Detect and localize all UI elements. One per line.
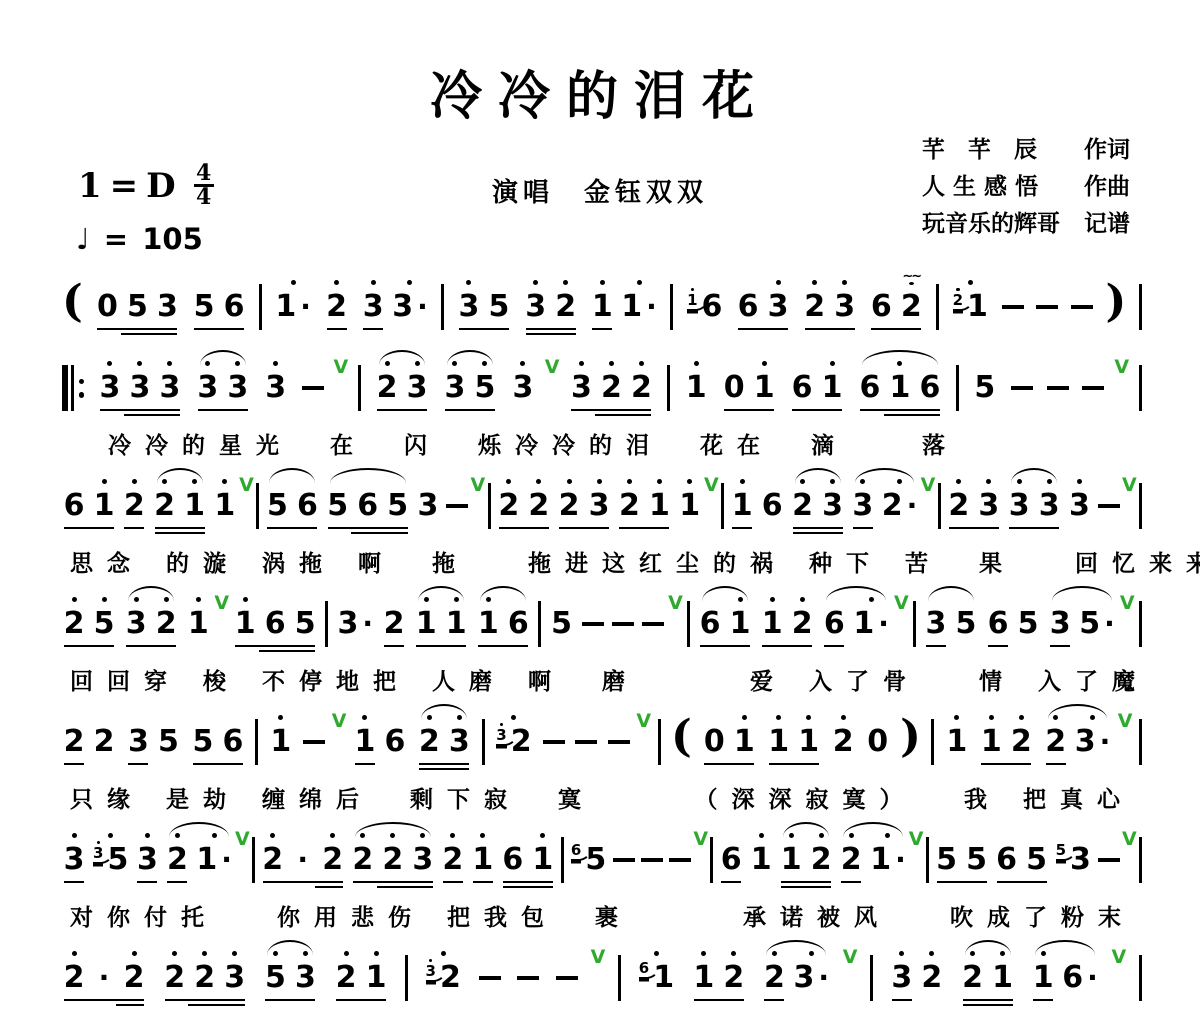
note-digit-zone: 1 xyxy=(679,487,700,525)
note-digit-zone: 2 xyxy=(921,959,942,997)
song-title: 冷冷的泪花 xyxy=(0,54,1200,129)
note-digit: 1 xyxy=(679,491,700,521)
note-digit: 3 xyxy=(412,845,433,875)
note-group: 61 xyxy=(790,353,844,419)
beam-underline xyxy=(781,886,831,889)
note-digit-zone: 1 xyxy=(188,605,209,643)
barline xyxy=(913,601,916,647)
note: 3 xyxy=(63,825,85,891)
beam-underline xyxy=(871,328,921,331)
note-upper-zone xyxy=(989,707,994,723)
note-digit: 1 xyxy=(686,373,707,403)
note-digit-zone: 1 xyxy=(1033,959,1054,997)
note-digit-zone: 6 xyxy=(384,723,405,761)
note-upper-zone xyxy=(579,353,584,369)
note-digit: 5 xyxy=(192,727,213,757)
octave-dot-icon xyxy=(374,951,379,956)
note-group: 35 xyxy=(457,272,511,338)
note-group: 16 xyxy=(353,707,407,773)
lyrics-line: 只缘 是劫 缠绵后 剩下寂 寞 （深深寂寞） 我 把真心 xyxy=(62,781,1142,814)
note-digit: 1 xyxy=(446,609,467,639)
grace-note: 5 xyxy=(1056,843,1066,859)
lyrics-line: 回回穿 梭 不停地把 人磨 啊 磨 爱 入了骨 情 入了魔 xyxy=(62,663,1142,696)
note-digit: 2 xyxy=(419,727,440,757)
beam-underline xyxy=(198,409,248,412)
note-digit-zone: 6 xyxy=(996,841,1017,879)
barline xyxy=(618,955,621,1001)
note: 3 xyxy=(362,272,384,338)
note-digit-zone: 3 xyxy=(126,605,147,643)
note-digit: 3 xyxy=(64,845,85,875)
note-digit: 1 xyxy=(992,963,1013,993)
barline xyxy=(1139,365,1142,411)
note-digit-zone: 2 xyxy=(262,841,283,879)
note-digit-zone: 3 xyxy=(129,369,150,407)
note-upper-zone xyxy=(701,943,706,959)
dash-continuation xyxy=(1002,272,1024,338)
note-digit: 3 xyxy=(822,491,843,521)
note-digit-zone: 5 xyxy=(265,959,286,997)
notation-line: 2·2223532132V611223·V322116·V xyxy=(62,943,1142,1013)
note: 3· xyxy=(392,272,428,338)
note-upper-zone xyxy=(466,272,471,288)
note-digit: 3 xyxy=(126,609,147,639)
credit-name: 芊 芊 辰 xyxy=(922,131,1074,168)
note-digit: 2 xyxy=(619,491,640,521)
beam-underline xyxy=(459,328,509,331)
note-digit-zone: 2 xyxy=(1045,723,1066,761)
note-group: 32 xyxy=(524,272,578,338)
duration-underline xyxy=(853,527,873,530)
note-digit: 2 xyxy=(1011,727,1032,757)
note-digit: 5 xyxy=(966,845,987,875)
note-group: 56 xyxy=(191,707,245,773)
note-digit-zone: 3 xyxy=(449,723,470,761)
mordent-icon: ∼∼ xyxy=(902,272,920,281)
duration-underline xyxy=(592,328,612,331)
note-digit-zone: 2 xyxy=(326,288,347,326)
beam-underline xyxy=(64,999,144,1002)
dash-bar xyxy=(517,976,539,980)
note-digit: 6 xyxy=(996,845,1017,875)
dash-continuation xyxy=(1098,471,1120,537)
barline xyxy=(405,955,408,1001)
duration-underline xyxy=(473,881,493,884)
barline xyxy=(1139,284,1142,330)
note-group: 32 xyxy=(495,707,532,773)
repeat-dots xyxy=(79,365,85,411)
note-digit: 3 xyxy=(265,373,286,403)
barline xyxy=(482,719,485,765)
note-group: 21 xyxy=(153,471,207,537)
note-digit: 5 xyxy=(158,727,179,757)
repeat-thin-bar xyxy=(71,365,74,411)
credit-role: 作曲 xyxy=(1084,168,1130,205)
note: 2 xyxy=(442,825,464,891)
note-group: 35 xyxy=(126,707,180,773)
note-digit-zone: 2 xyxy=(559,487,580,525)
beam-underline xyxy=(694,999,744,1002)
dash-bar xyxy=(446,504,468,508)
beam-underline xyxy=(419,763,469,766)
dash-bar xyxy=(1071,305,1093,309)
note: 2 xyxy=(63,707,85,773)
note-digit-zone: 2 xyxy=(555,288,576,326)
beam-underline xyxy=(235,645,315,648)
music-system-7: 2·2223532132V611223·V322116·V xyxy=(62,943,1142,1013)
note-upper-zone xyxy=(563,272,568,288)
note-digit: 3 xyxy=(137,845,158,875)
note-group: 61 xyxy=(501,825,555,891)
note-digit-zone: 3 xyxy=(834,288,855,326)
note-digit-zone: 1 xyxy=(768,723,789,761)
note-digit: 6 xyxy=(1062,963,1083,993)
note-digit-zone: 3 xyxy=(418,487,439,525)
barline xyxy=(938,483,941,529)
note-digit-zone: 3 xyxy=(525,288,546,326)
note-digit-zone: 6 xyxy=(508,605,529,643)
barline xyxy=(870,955,873,1001)
note-upper-zone xyxy=(1077,471,1082,487)
octave-dot-icon xyxy=(344,951,349,956)
duration-underline xyxy=(167,881,187,884)
note-upper-zone xyxy=(520,353,525,369)
dash-bar xyxy=(1098,504,1120,508)
note-group: 2 xyxy=(382,589,406,655)
barline xyxy=(538,601,541,647)
note: 65 xyxy=(571,825,606,891)
tempo-value: 105 xyxy=(142,222,203,256)
duration-underline xyxy=(327,328,347,331)
octave-dot-icon xyxy=(776,280,781,285)
note-digit: 3 xyxy=(407,373,428,403)
credit-row: 人 生 感 悟作曲 xyxy=(922,168,1130,205)
note-digit-zone: 1 xyxy=(214,487,235,525)
note-digit-zone: 1 xyxy=(235,605,256,643)
note-digit: 3 xyxy=(852,491,873,521)
note-group: 2 xyxy=(325,272,349,338)
note-digit: 1 xyxy=(416,609,437,639)
note-digit-zone: 2 xyxy=(723,959,744,997)
sheet-music-page: 冷冷的泪花 1 = D 4 4 ♩ = 105 演唱 金钰双双 芊 芊 辰作词人… xyxy=(0,0,1200,1019)
note-digit-zone: 3· xyxy=(337,605,373,643)
note-digit: 2 xyxy=(962,963,983,993)
note-digit: 3 xyxy=(159,373,180,403)
dash-continuation xyxy=(669,825,691,891)
note-digit-zone: 32 xyxy=(496,723,531,761)
note-digit-zone: 1 xyxy=(416,605,437,643)
note-digit: 6 xyxy=(384,727,405,757)
note-digit: 6 xyxy=(265,609,286,639)
beam-underline xyxy=(762,645,812,648)
note: 2 xyxy=(921,943,943,1009)
note-digit: 2 xyxy=(154,491,175,521)
note-digit: 2 xyxy=(921,963,942,993)
note-digit-zone: 6 xyxy=(224,288,245,326)
note: 32 xyxy=(426,943,461,1009)
barline xyxy=(658,719,661,765)
note-digit: 6 xyxy=(860,373,881,403)
octave-dot-icon xyxy=(694,361,699,366)
grace-note: 2 xyxy=(953,288,963,309)
note-group: 61 xyxy=(719,825,773,891)
dash-continuation xyxy=(556,943,578,1009)
duration-underline xyxy=(926,645,946,648)
note-digit-zone: 2 xyxy=(156,605,177,643)
duration-underline xyxy=(1033,999,1053,1002)
note-digit: 2 xyxy=(528,491,549,521)
barline xyxy=(358,365,361,411)
note-digit: 6 xyxy=(700,609,721,639)
beam-underline xyxy=(155,527,205,530)
augmentation-dot: · xyxy=(417,292,428,322)
duration-underline xyxy=(988,645,1008,648)
note-digit-zone: 2 xyxy=(94,723,115,761)
breath-mark-icon: V xyxy=(1122,471,1137,540)
credit-row: 芊 芊 辰作词 xyxy=(922,131,1130,168)
note: 3 xyxy=(1068,471,1090,537)
note-digit: 6 xyxy=(222,727,243,757)
duration-underline xyxy=(124,527,144,530)
note-digit-zone: 2 xyxy=(167,841,188,879)
note-digit: 1 xyxy=(946,727,967,757)
note-digit-zone: 3 xyxy=(159,369,180,407)
note-digit-zone: 6 xyxy=(824,605,845,643)
open-paren: ( xyxy=(671,707,692,773)
octave-dot-icon xyxy=(533,280,538,285)
note-upper-zone xyxy=(956,471,961,487)
octave-dot-icon xyxy=(172,951,177,956)
barline xyxy=(325,601,328,647)
barline xyxy=(936,284,939,330)
note-group: 53 xyxy=(1055,825,1092,891)
note-digit: 2 xyxy=(792,491,813,521)
dash-bar xyxy=(582,622,604,626)
note-digit-zone: 1 xyxy=(693,959,714,997)
note-digit: 5 xyxy=(551,609,572,639)
octave-dot-icon xyxy=(956,479,961,484)
breath-mark-icon: V xyxy=(332,707,347,776)
credit-role: 记谱 xyxy=(1084,205,1130,242)
octave-dot-icon xyxy=(986,479,991,484)
octave-dot-icon xyxy=(520,361,525,366)
dash-bar xyxy=(1047,386,1069,390)
note-digit: 2 xyxy=(64,727,85,757)
note-digit-zone: 1 xyxy=(366,959,387,997)
dash-bar xyxy=(575,740,597,744)
note-digit: 5 xyxy=(936,845,957,875)
note-group: 12 xyxy=(692,943,746,1009)
note-digit-zone: 32 xyxy=(426,959,461,997)
barline xyxy=(1139,601,1142,647)
note-group: 2 xyxy=(831,707,855,773)
note-digit-zone: 21 xyxy=(953,288,988,326)
beam-underline xyxy=(315,886,343,889)
note-upper-zone xyxy=(407,272,412,288)
note-digit: 1 xyxy=(478,609,499,639)
note-digit-zone: 2 xyxy=(498,487,519,525)
repeat-dot xyxy=(79,379,85,385)
note-upper-zone xyxy=(1019,707,1024,723)
lyrics-line: 思念 的漩 涡拖 啊 拖 拖进这红尘的祸 种下 苦 果 回忆来来 xyxy=(62,545,1142,578)
note-digit: 6 xyxy=(357,491,378,521)
note-digit: 1 xyxy=(472,845,493,875)
augmentation-dot: · xyxy=(1104,609,1115,639)
note-upper-zone xyxy=(511,707,516,723)
note: 6 xyxy=(384,707,406,773)
dash-continuation xyxy=(642,589,664,655)
note: 5 xyxy=(157,707,179,773)
note-digit-zone: 5 xyxy=(1018,605,1039,643)
note-digit-zone: 1 xyxy=(472,841,493,879)
note-digit: 3 xyxy=(525,292,546,322)
note-digit-zone: 0 xyxy=(704,723,725,761)
note-digit: 2 xyxy=(124,491,145,521)
grace-note: 1 xyxy=(687,288,697,309)
octave-dot-icon xyxy=(466,280,471,285)
note-digit-zone: 5 xyxy=(158,723,179,761)
note-digit: 1 xyxy=(890,373,911,403)
dash-continuation xyxy=(302,353,324,419)
note-digit-zone: 3 xyxy=(99,369,120,407)
note-group: 65 xyxy=(986,589,1040,655)
music-area: (053561·233·353211·1663236∼∼221)333333V2… xyxy=(62,272,1142,1019)
augmentation-dot: · xyxy=(300,292,311,322)
note-digit: 1 xyxy=(196,845,217,875)
note-digit-zone: 6 xyxy=(297,487,318,525)
note-upper-zone xyxy=(759,825,764,841)
note-digit: 1 xyxy=(188,609,209,639)
note: 1 xyxy=(187,589,209,655)
grace-note: 6 xyxy=(639,961,649,977)
note-digit-zone: 3 xyxy=(445,369,466,407)
octave-dot-icon xyxy=(609,361,614,366)
note-digit-zone: 1 xyxy=(732,487,753,525)
note-upper-zone xyxy=(108,825,113,841)
note-upper-zone xyxy=(441,943,446,959)
note-digit-zone: 5 xyxy=(194,288,215,326)
octave-dot-icon xyxy=(731,951,736,956)
note-group: 3 xyxy=(264,353,288,419)
octave-dot-icon xyxy=(776,715,781,720)
note-upper-zone xyxy=(600,272,605,288)
lyrics-line: 冷冷的星光 在 闪 烁冷冷的泪 花在 滴 落 xyxy=(62,427,1142,460)
note-digit-zone: 3 xyxy=(1039,487,1060,525)
octave-dot-icon xyxy=(567,479,572,484)
note: 6 xyxy=(761,471,783,537)
note-digit-zone: 1 xyxy=(446,605,467,643)
octave-dot-icon xyxy=(362,715,367,720)
note-digit: 1 xyxy=(730,609,751,639)
note-digit-zone: 3 xyxy=(157,288,178,326)
note-digit-zone: 3 xyxy=(512,369,533,407)
octave-dot-icon xyxy=(563,280,568,285)
note-digit: 0 xyxy=(724,373,745,403)
duration-underline xyxy=(443,881,463,884)
note-digit-zone: 3 xyxy=(227,369,248,407)
note-group: 23 xyxy=(557,471,611,537)
dash-bar xyxy=(479,976,501,980)
beam-underline xyxy=(526,328,576,331)
barline xyxy=(670,284,673,330)
note-upper-zone xyxy=(533,272,538,288)
note-upper-zone xyxy=(334,272,339,288)
performer-label: 演唱 xyxy=(492,178,554,208)
note-group: 61 xyxy=(62,471,116,537)
octave-dot-icon xyxy=(800,597,805,602)
note-group: 53 xyxy=(263,943,317,1009)
note-upper-zone xyxy=(762,353,767,369)
note-digit-zone: 2 xyxy=(442,841,463,879)
notation-line: 25321V1653·211165V611261·V356535·V xyxy=(62,589,1142,659)
beam-underline xyxy=(377,886,433,889)
note-digit-zone: 5 xyxy=(327,487,348,525)
note: 6 xyxy=(720,825,742,891)
credit-role: 作词 xyxy=(1084,131,1130,168)
beam-underline xyxy=(116,1004,144,1007)
note-digit: 6 xyxy=(297,491,318,521)
note-digit: 2 xyxy=(841,845,862,875)
note-group: 0 xyxy=(866,707,890,773)
beam-underline xyxy=(559,527,609,530)
note-digit: 5 xyxy=(327,491,348,521)
octave-dot-icon xyxy=(701,951,706,956)
beam-underline xyxy=(336,999,386,1002)
music-system-6: 335321·V2·2223216165V611221·V556553V对你付托… xyxy=(62,825,1142,932)
note-digit: 5 xyxy=(956,609,977,639)
duration-underline xyxy=(64,763,84,766)
note-digit: 5 xyxy=(94,609,115,639)
note-digit: 3 xyxy=(834,292,855,322)
note-digit-zone: 1 xyxy=(798,723,819,761)
note-digit-zone: 2 xyxy=(419,723,440,761)
note-group: 35· xyxy=(1048,589,1116,655)
octave-dot-icon xyxy=(108,833,113,838)
beam-underline xyxy=(884,414,940,417)
note-group: 56 xyxy=(192,272,246,338)
beam-underline xyxy=(478,645,528,648)
music-system-3: 612211V565653V2223211V162332·V23333V思念 的… xyxy=(62,471,1142,578)
octave-dot-icon xyxy=(132,951,137,956)
dash-bar xyxy=(1082,386,1104,390)
note-upper-zone xyxy=(694,353,699,369)
note-group: 1 xyxy=(186,589,210,655)
lyrics-line: 对你付托 你用悲伤 把我包 裹 承诺被风 吹成了粉末 xyxy=(62,899,1142,932)
augmentation-dot: · xyxy=(895,845,906,875)
note: 0 xyxy=(867,707,889,773)
note-digit: 1 xyxy=(762,609,783,639)
note-digit-zone: 6 xyxy=(860,369,881,407)
note-group: 1· xyxy=(274,272,312,338)
note-digit: 5 xyxy=(489,292,510,322)
note: 1 xyxy=(679,471,701,537)
octave-dot-icon xyxy=(954,715,959,720)
octave-dot-icon xyxy=(627,479,632,484)
note-digit: 6 xyxy=(762,491,783,521)
note-upper-zone xyxy=(344,943,349,959)
note-digit: 2 xyxy=(948,491,969,521)
beam-underline xyxy=(805,328,855,331)
note-upper-zone xyxy=(167,353,172,369)
note-digit: 2 xyxy=(882,491,903,521)
note-digit-zone: 6 xyxy=(871,288,892,326)
note-digit-zone: 5 xyxy=(387,487,408,525)
note-group: 01 xyxy=(702,707,756,773)
note-digit: 1 xyxy=(354,727,375,757)
note-upper-zone xyxy=(72,943,77,959)
note-upper-zone xyxy=(362,707,367,723)
note-digit: 6 xyxy=(738,292,759,322)
